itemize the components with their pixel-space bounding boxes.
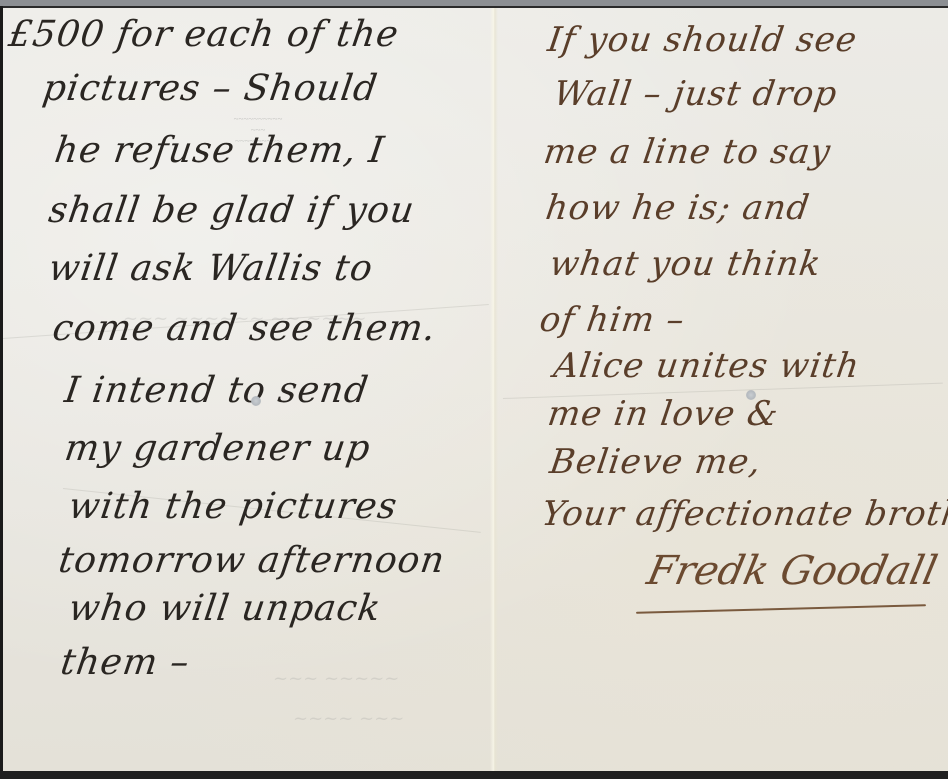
- scan-bottom-edge: [0, 771, 948, 779]
- letter-line: £500 for each of the: [6, 14, 401, 55]
- signature-underline: [636, 604, 926, 614]
- letterhead-line: ~~~~~~~~~~: [198, 114, 318, 125]
- letter-line: he refuse them, I: [52, 130, 387, 171]
- letter-sheet: ~~~~~~~~~~ ~~~ ~~~~ ~~~~~ ~~~ ~~~~~~ ~~ …: [3, 6, 948, 773]
- letter-line: my gardener up: [62, 428, 373, 469]
- letter-line: how he is; and: [543, 188, 812, 228]
- left-page: ~~~~~~~~~~ ~~~ ~~~~ ~~~~~ ~~~ ~~~~~~ ~~ …: [3, 8, 490, 773]
- letter-line: pictures – Should: [40, 68, 380, 109]
- right-page: If you should see Wall – just drop me a …: [498, 8, 948, 773]
- letter-line: Your affectionate broth: [539, 494, 948, 534]
- letter-line: them –: [58, 642, 192, 683]
- letter-line: me a line to say: [541, 132, 833, 172]
- center-fold: [490, 8, 498, 773]
- letter-line: will ask Wallis to: [46, 248, 376, 289]
- letter-line: me in love &: [545, 394, 781, 434]
- letter-line: Believe me,: [547, 442, 764, 482]
- show-through-text: ~~~ ~~~~~: [273, 668, 399, 689]
- letter-line: If you should see: [545, 20, 860, 60]
- letter-line: what you think: [547, 244, 824, 284]
- letter-line: who will unpack: [66, 588, 384, 629]
- letter-line: shall be glad if you: [46, 190, 417, 231]
- letter-line: Alice unites with: [551, 346, 862, 386]
- letter-line: come and see them.: [50, 308, 439, 349]
- letter-line: of him –: [537, 300, 687, 340]
- letter-line: with the pictures: [66, 486, 400, 527]
- signature: Fredk Goodall: [643, 548, 941, 594]
- pinhole: [251, 396, 261, 406]
- letter-line: tomorrow afternoon: [56, 540, 448, 581]
- pinhole: [746, 390, 756, 400]
- letter-line: I intend to send: [62, 370, 371, 411]
- letter-line: Wall – just drop: [551, 74, 840, 114]
- show-through-text: ~~~~ ~~~: [293, 708, 404, 729]
